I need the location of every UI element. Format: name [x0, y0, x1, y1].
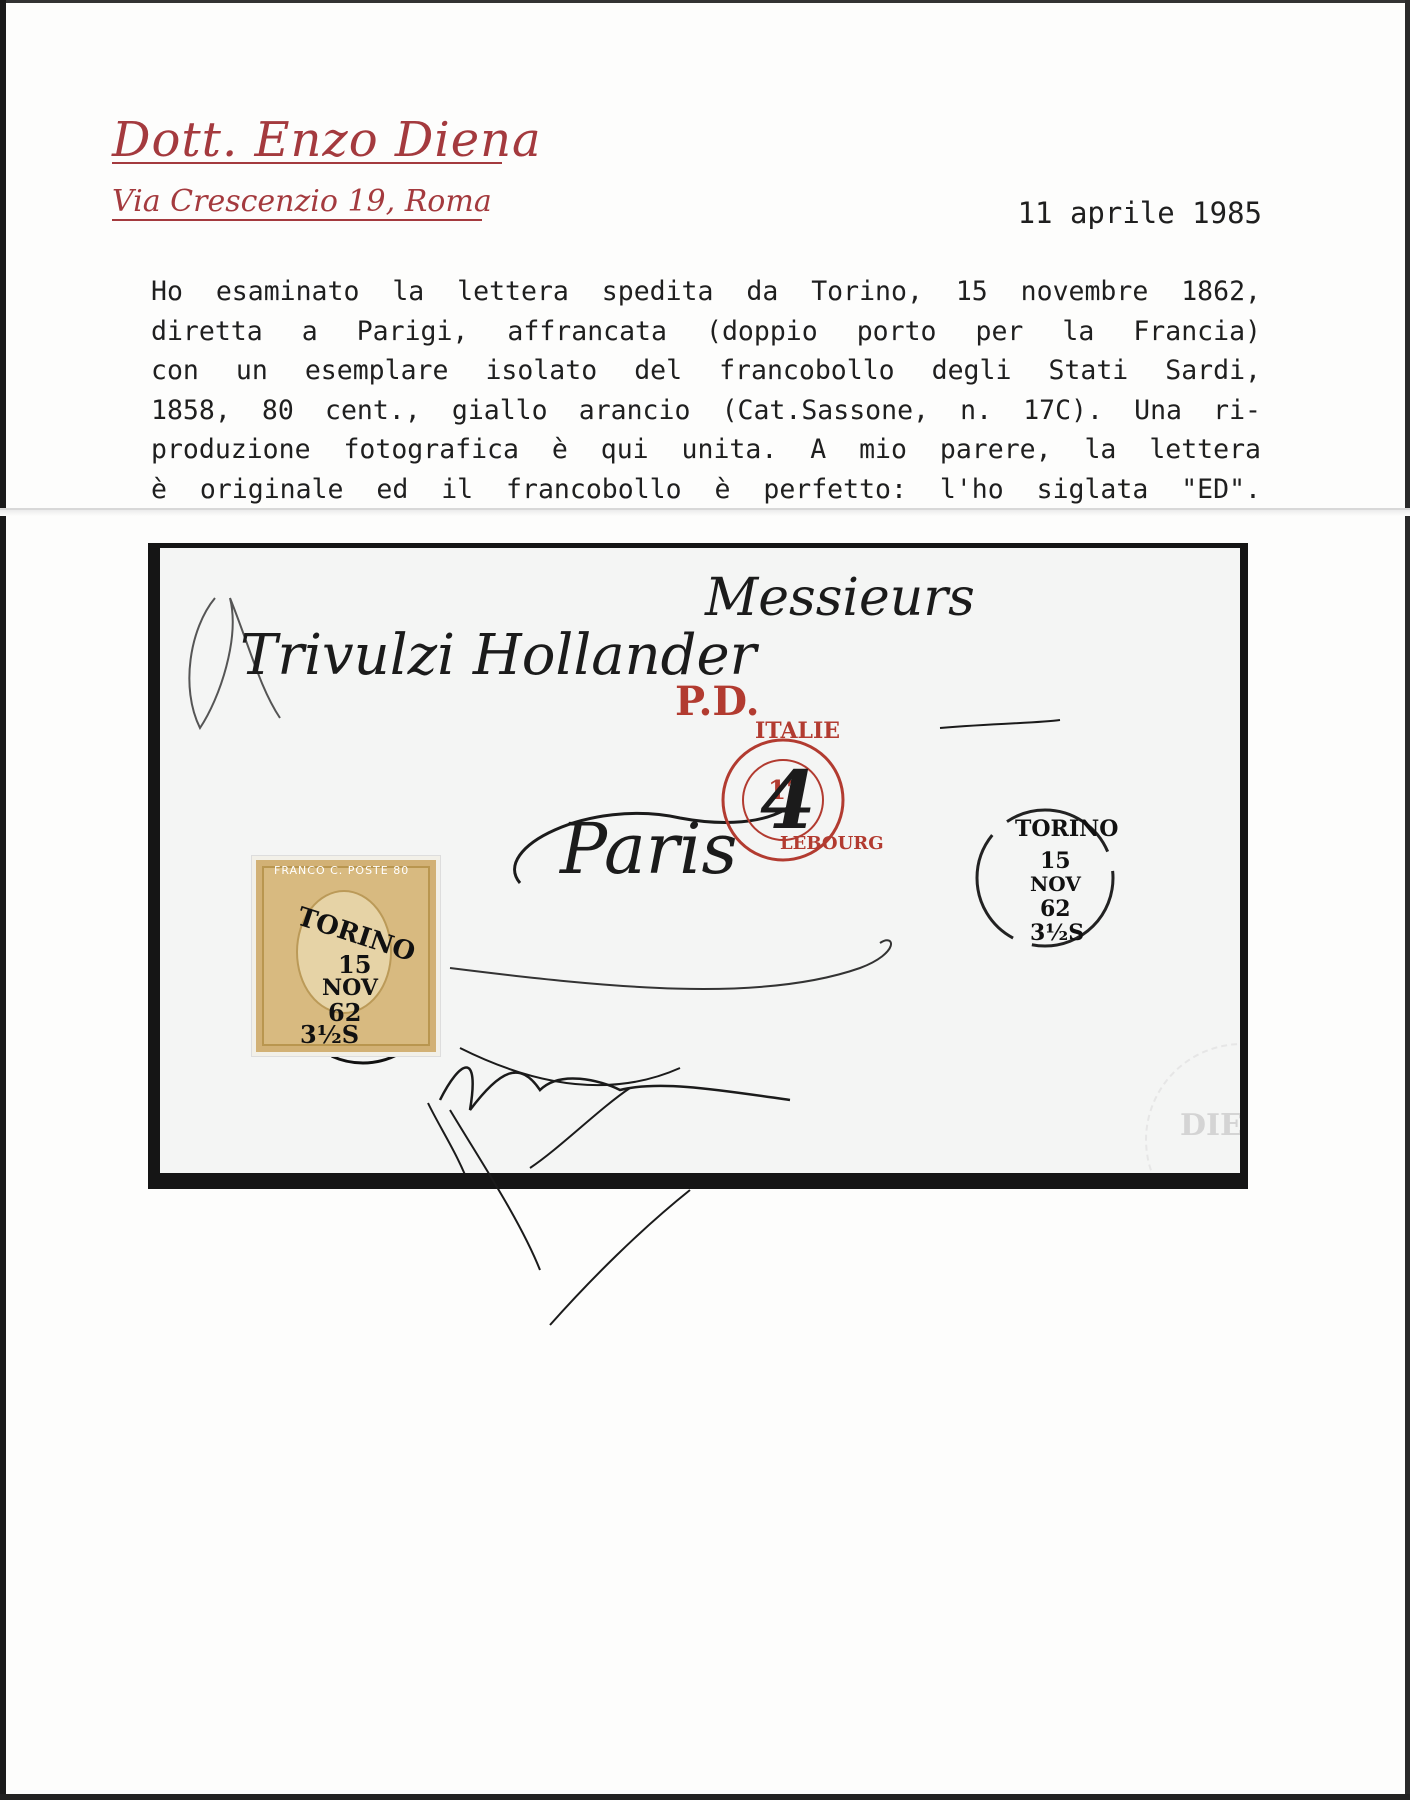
expert-signature — [0, 0, 1410, 1800]
